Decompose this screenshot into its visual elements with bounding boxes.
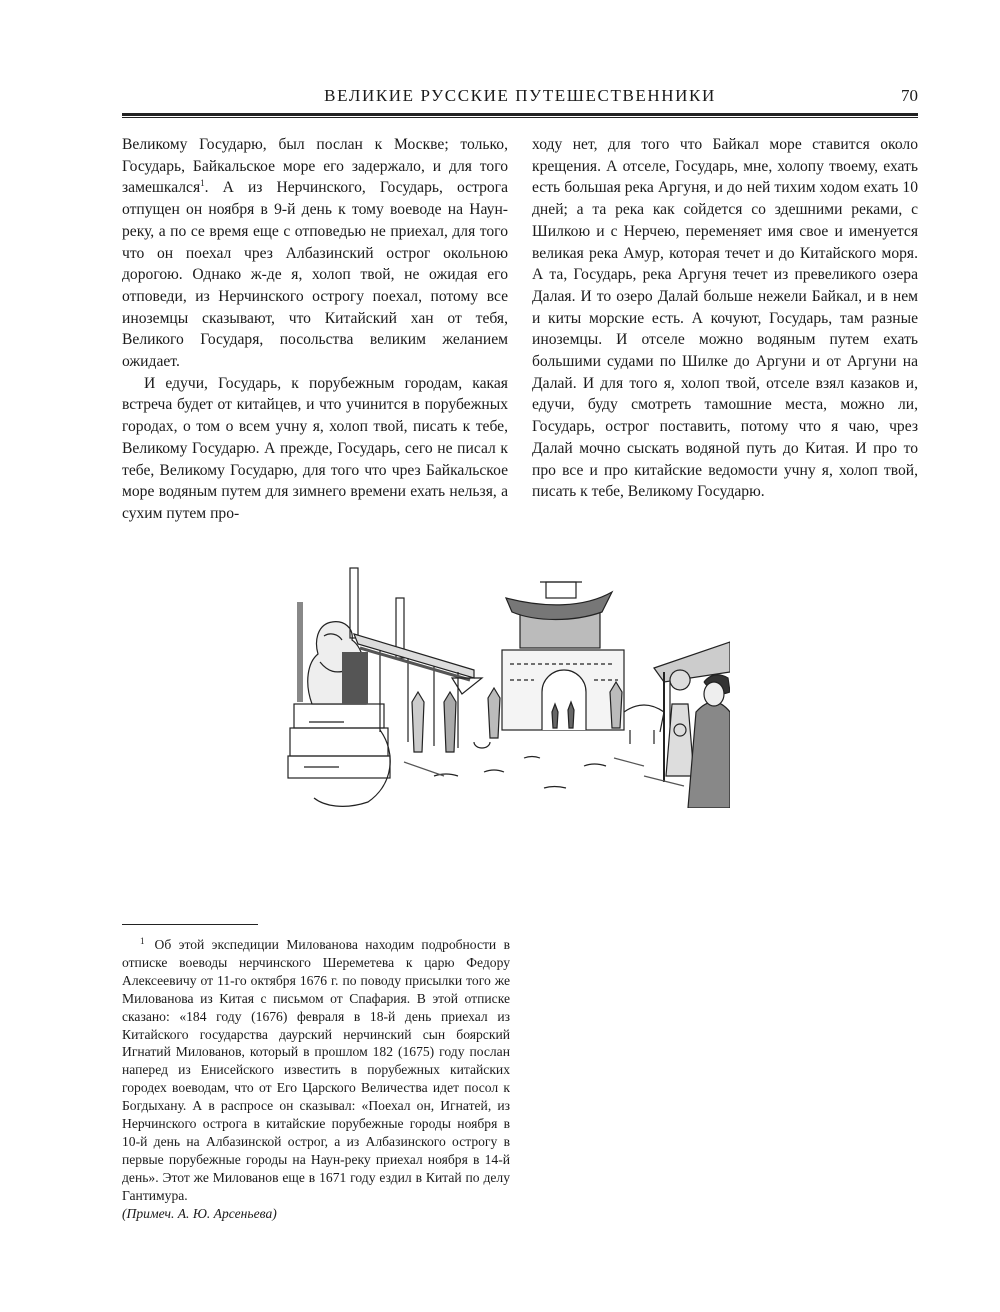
right-column: ходу нет, для того что Байкал море стави… bbox=[532, 134, 918, 503]
footnote-paragraph: 1Об этой экспедиции Милованова находим п… bbox=[122, 933, 510, 1205]
footnote-mark: 1 bbox=[140, 936, 145, 946]
running-title: ВЕЛИКИЕ РУССКИЕ ПУТЕШЕСТВЕННИКИ bbox=[122, 86, 918, 106]
paragraph: ходу нет, для того что Байкал море стави… bbox=[532, 134, 918, 503]
running-head: ВЕЛИКИЕ РУССКИЕ ПУТЕШЕСТВЕННИКИ 70 bbox=[122, 84, 918, 112]
footnote-attribution: (Примеч. А. Ю. Арсеньева) bbox=[122, 1205, 510, 1223]
paragraph: И едучи, Государь, к порубежным городам,… bbox=[122, 373, 508, 525]
footnote: 1Об этой экспедиции Милованова находим п… bbox=[122, 933, 510, 1223]
illustration-street-scene bbox=[284, 562, 730, 808]
paragraph: Великому Государю, был послан к Москве; … bbox=[122, 134, 508, 373]
paragraph-text: . А из Нерчинского, Государь, острога от… bbox=[122, 179, 508, 370]
header-double-rule bbox=[122, 113, 918, 118]
footnote-separator bbox=[122, 924, 258, 925]
left-column: Великому Государю, был послан к Москве; … bbox=[122, 134, 508, 525]
footnote-text: Об этой экспедиции Милованова находим по… bbox=[122, 937, 510, 1203]
page-number: 70 bbox=[901, 86, 918, 106]
engraving-icon bbox=[284, 562, 730, 808]
